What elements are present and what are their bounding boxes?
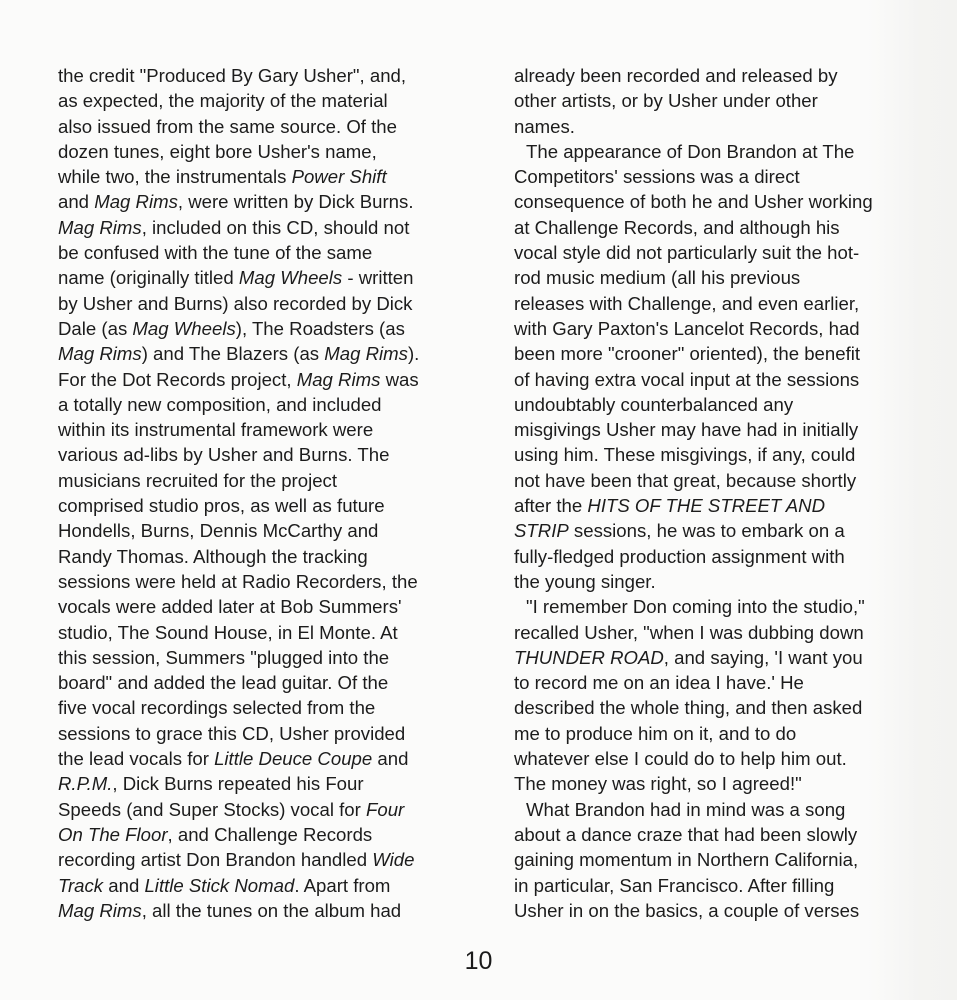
italic-title: Mag Rims xyxy=(58,900,142,921)
text-line: Hondells, Burns, Dennis McCarthy and xyxy=(58,518,478,543)
italic-title: Mag Rims xyxy=(58,343,142,364)
page-number: 10 xyxy=(0,947,957,976)
text-line: by Usher and Burns) also recorded by Dic… xyxy=(58,291,478,316)
italic-title: Four xyxy=(366,799,404,820)
text-line: vocals were added later at Bob Summers' xyxy=(58,594,478,619)
text-line: of having extra vocal input at the sessi… xyxy=(514,367,934,392)
italic-title: Power Shift xyxy=(292,166,387,187)
text-line: board" and added the lead guitar. Of the xyxy=(58,670,478,695)
text-run: the credit "Produced By Gary Usher", and… xyxy=(58,65,406,86)
text-line: been more "crooner" oriented), the benef… xyxy=(514,341,934,366)
text-line: whatever else I could do to help him out… xyxy=(514,746,934,771)
text-run: misgivings Usher may have had in initial… xyxy=(514,419,858,440)
text-run: not have been that great, because shortl… xyxy=(514,470,856,491)
text-line: within its instrumental framework were xyxy=(58,417,478,442)
text-run: was xyxy=(380,369,418,390)
text-run: sessions were held at Radio Recorders, t… xyxy=(58,571,418,592)
italic-title: Little Deuce Coupe xyxy=(214,748,372,769)
text-run: ). xyxy=(408,343,419,364)
text-line: gaining momentum in Northern California, xyxy=(514,847,934,872)
text-run: the young singer. xyxy=(514,571,656,592)
text-line: with Gary Paxton's Lancelot Records, had xyxy=(514,316,934,341)
text-line: Track and Little Stick Nomad. Apart from xyxy=(58,873,478,898)
text-line: at Challenge Records, and although his xyxy=(514,215,934,240)
text-run: gaining momentum in Northern California, xyxy=(514,849,858,870)
text-run: using him. These misgivings, if any, cou… xyxy=(514,444,855,465)
text-line: various ad-libs by Usher and Burns. The xyxy=(58,442,478,467)
text-run: consequence of both he and Usher working xyxy=(514,191,873,212)
text-run: about a dance craze that had been slowly xyxy=(514,824,857,845)
text-run: the lead vocals for xyxy=(58,748,214,769)
text-line: R.P.M., Dick Burns repeated his Four xyxy=(58,771,478,796)
text-line: this session, Summers "plugged into the xyxy=(58,645,478,670)
text-run: dozen tunes, eight bore Usher's name, xyxy=(58,141,377,162)
italic-title: Mag Wheels xyxy=(239,267,342,288)
text-run: "I remember Don coming into the studio," xyxy=(526,596,865,617)
text-run: whatever else I could do to help him out… xyxy=(514,748,847,769)
text-run: Usher in on the basics, a couple of vers… xyxy=(514,900,859,921)
text-run: , all the tunes on the album had xyxy=(142,900,401,921)
text-line: the credit "Produced By Gary Usher", and… xyxy=(58,63,478,88)
text-line: also issued from the same source. Of the xyxy=(58,114,478,139)
text-line: musicians recruited for the project xyxy=(58,468,478,493)
italic-title: On The Floor xyxy=(58,824,168,845)
text-run: ) and The Blazers (as xyxy=(142,343,325,364)
text-run: names. xyxy=(514,116,575,137)
text-run: The money was right, so I agreed!" xyxy=(514,773,802,794)
text-run: Dale (as xyxy=(58,318,132,339)
text-run: at Challenge Records, and although his xyxy=(514,217,840,238)
text-line: the young singer. xyxy=(514,569,934,594)
text-line: names. xyxy=(514,114,934,139)
text-run: already been recorded and released by xyxy=(514,65,838,86)
text-run: me to produce him on it, and to do xyxy=(514,723,796,744)
text-run: vocal style did not particularly suit th… xyxy=(514,242,859,263)
text-line: the lead vocals for Little Deuce Coupe a… xyxy=(58,746,478,771)
text-run: recording artist Don Brandon handled xyxy=(58,849,372,870)
text-run: , included on this CD, should not xyxy=(142,217,410,238)
text-run: releases with Challenge, and even earlie… xyxy=(514,293,859,314)
text-line: Competitors' sessions was a direct xyxy=(514,164,934,189)
text-run: after the xyxy=(514,495,587,516)
text-line: fully-fledged production assignment with xyxy=(514,544,934,569)
text-run: a totally new composition, and included xyxy=(58,394,382,415)
text-line: On The Floor, and Challenge Records xyxy=(58,822,478,847)
text-line: as expected, the majority of the materia… xyxy=(58,88,478,113)
text-line: five vocal recordings selected from the xyxy=(58,695,478,720)
text-run: in particular, San Francisco. After fill… xyxy=(514,875,834,896)
text-run: fully-fledged production assignment with xyxy=(514,546,845,567)
text-line: a totally new composition, and included xyxy=(58,392,478,417)
text-line: vocal style did not particularly suit th… xyxy=(514,240,934,265)
text-run: this session, Summers "plugged into the xyxy=(58,647,389,668)
text-line: Usher in on the basics, a couple of vers… xyxy=(514,898,934,923)
text-line: THUNDER ROAD, and saying, 'I want you xyxy=(514,645,934,670)
text-line: sessions to grace this CD, Usher provide… xyxy=(58,721,478,746)
text-run: and xyxy=(103,875,144,896)
text-line: and Mag Rims, were written by Dick Burns… xyxy=(58,189,478,214)
text-run: , Dick Burns repeated his Four xyxy=(112,773,363,794)
text-run: five vocal recordings selected from the xyxy=(58,697,375,718)
text-line: undoubtably counterbalanced any xyxy=(514,392,934,417)
italic-title: Track xyxy=(58,875,103,896)
text-line: Randy Thomas. Although the tracking xyxy=(58,544,478,569)
text-line: dozen tunes, eight bore Usher's name, xyxy=(58,139,478,164)
italic-title: R.P.M. xyxy=(58,773,112,794)
right-text-column: already been recorded and released byoth… xyxy=(514,63,934,923)
text-line: while two, the instrumentals Power Shift xyxy=(58,164,478,189)
text-run: sessions to grace this CD, Usher provide… xyxy=(58,723,405,744)
text-line: already been recorded and released by xyxy=(514,63,934,88)
text-line: using him. These misgivings, if any, cou… xyxy=(514,442,934,467)
text-run: ), The Roadsters (as xyxy=(236,318,405,339)
text-run: rod music medium (all his previous xyxy=(514,267,800,288)
italic-title: Mag Rims xyxy=(58,217,142,238)
text-run: name (originally titled xyxy=(58,267,239,288)
text-line: recalled Usher, "when I was dubbing down xyxy=(514,620,934,645)
text-run: board" and added the lead guitar. Of the xyxy=(58,672,388,693)
text-line: consequence of both he and Usher working xyxy=(514,189,934,214)
italic-title: Wide xyxy=(372,849,414,870)
text-line: Speeds (and Super Stocks) vocal for Four xyxy=(58,797,478,822)
text-line: Mag Rims) and The Blazers (as Mag Rims). xyxy=(58,341,478,366)
text-run: , and Challenge Records xyxy=(168,824,373,845)
text-run: studio, The Sound House, in El Monte. At xyxy=(58,622,398,643)
text-run: of having extra vocal input at the sessi… xyxy=(514,369,859,390)
italic-title: Little Stick Nomad xyxy=(144,875,294,896)
text-line: misgivings Usher may have had in initial… xyxy=(514,417,934,442)
text-run: described the whole thing, and then aske… xyxy=(514,697,862,718)
text-line: comprised studio pros, as well as future xyxy=(58,493,478,518)
text-line: to record me on an idea I have.' He xyxy=(514,670,934,695)
text-line: sessions were held at Radio Recorders, t… xyxy=(58,569,478,594)
text-line: be confused with the tune of the same xyxy=(58,240,478,265)
text-run: other artists, or by Usher under other xyxy=(514,90,818,111)
italic-title: HITS OF THE STREET AND xyxy=(587,495,825,516)
text-line: For the Dot Records project, Mag Rims wa… xyxy=(58,367,478,392)
italic-title: Mag Rims xyxy=(324,343,408,364)
text-line: "I remember Don coming into the studio," xyxy=(514,594,934,619)
text-run: by Usher and Burns) also recorded by Dic… xyxy=(58,293,412,314)
text-line: recording artist Don Brandon handled Wid… xyxy=(58,847,478,872)
italic-title: STRIP xyxy=(514,520,569,541)
text-run: , were written by Dick Burns. xyxy=(178,191,414,212)
text-run: recalled Usher, "when I was dubbing down xyxy=(514,622,864,643)
text-line: name (originally titled Mag Wheels - wri… xyxy=(58,265,478,290)
italic-title: Mag Rims xyxy=(94,191,178,212)
text-line: me to produce him on it, and to do xyxy=(514,721,934,746)
text-run: comprised studio pros, as well as future xyxy=(58,495,385,516)
text-line: releases with Challenge, and even earlie… xyxy=(514,291,934,316)
text-line: What Brandon had in mind was a song xyxy=(514,797,934,822)
italic-title: Mag Rims xyxy=(297,369,381,390)
text-line: after the HITS OF THE STREET AND xyxy=(514,493,934,518)
text-run: Competitors' sessions was a direct xyxy=(514,166,800,187)
text-run: and xyxy=(372,748,408,769)
left-text-column: the credit "Produced By Gary Usher", and… xyxy=(58,63,478,923)
italic-title: Mag Wheels xyxy=(132,318,235,339)
text-line: Mag Rims, included on this CD, should no… xyxy=(58,215,478,240)
text-run: musicians recruited for the project xyxy=(58,470,337,491)
text-run: Speeds (and Super Stocks) vocal for xyxy=(58,799,366,820)
text-run: , and saying, 'I want you xyxy=(664,647,863,668)
text-run: while two, the instrumentals xyxy=(58,166,292,187)
text-line: Dale (as Mag Wheels), The Roadsters (as xyxy=(58,316,478,341)
text-line: in particular, San Francisco. After fill… xyxy=(514,873,934,898)
text-run: with Gary Paxton's Lancelot Records, had xyxy=(514,318,860,339)
text-run: For the Dot Records project, xyxy=(58,369,297,390)
text-line: described the whole thing, and then aske… xyxy=(514,695,934,720)
text-run: to record me on an idea I have.' He xyxy=(514,672,804,693)
text-line: Mag Rims, all the tunes on the album had xyxy=(58,898,478,923)
text-run: . Apart from xyxy=(294,875,390,896)
text-run: within its instrumental framework were xyxy=(58,419,373,440)
text-run: also issued from the same source. Of the xyxy=(58,116,397,137)
text-run: vocals were added later at Bob Summers' xyxy=(58,596,402,617)
text-run: Randy Thomas. Although the tracking xyxy=(58,546,368,567)
text-line: The money was right, so I agreed!" xyxy=(514,771,934,796)
text-run: - written xyxy=(342,267,413,288)
text-run: undoubtably counterbalanced any xyxy=(514,394,793,415)
text-run: The appearance of Don Brandon at The xyxy=(526,141,854,162)
text-run: Hondells, Burns, Dennis McCarthy and xyxy=(58,520,378,541)
text-line: other artists, or by Usher under other xyxy=(514,88,934,113)
text-run: What Brandon had in mind was a song xyxy=(526,799,845,820)
text-line: about a dance craze that had been slowly xyxy=(514,822,934,847)
text-line: studio, The Sound House, in El Monte. At xyxy=(58,620,478,645)
text-line: STRIP sessions, he was to embark on a xyxy=(514,518,934,543)
text-run: and xyxy=(58,191,94,212)
text-run: various ad-libs by Usher and Burns. The xyxy=(58,444,389,465)
italic-title: THUNDER ROAD xyxy=(514,647,664,668)
text-line: The appearance of Don Brandon at The xyxy=(514,139,934,164)
text-line: rod music medium (all his previous xyxy=(514,265,934,290)
text-line: not have been that great, because shortl… xyxy=(514,468,934,493)
text-run: been more "crooner" oriented), the benef… xyxy=(514,343,860,364)
text-run: be confused with the tune of the same xyxy=(58,242,372,263)
text-run: sessions, he was to embark on a xyxy=(569,520,845,541)
text-run: as expected, the majority of the materia… xyxy=(58,90,388,111)
booklet-page: the credit "Produced By Gary Usher", and… xyxy=(0,0,957,1000)
